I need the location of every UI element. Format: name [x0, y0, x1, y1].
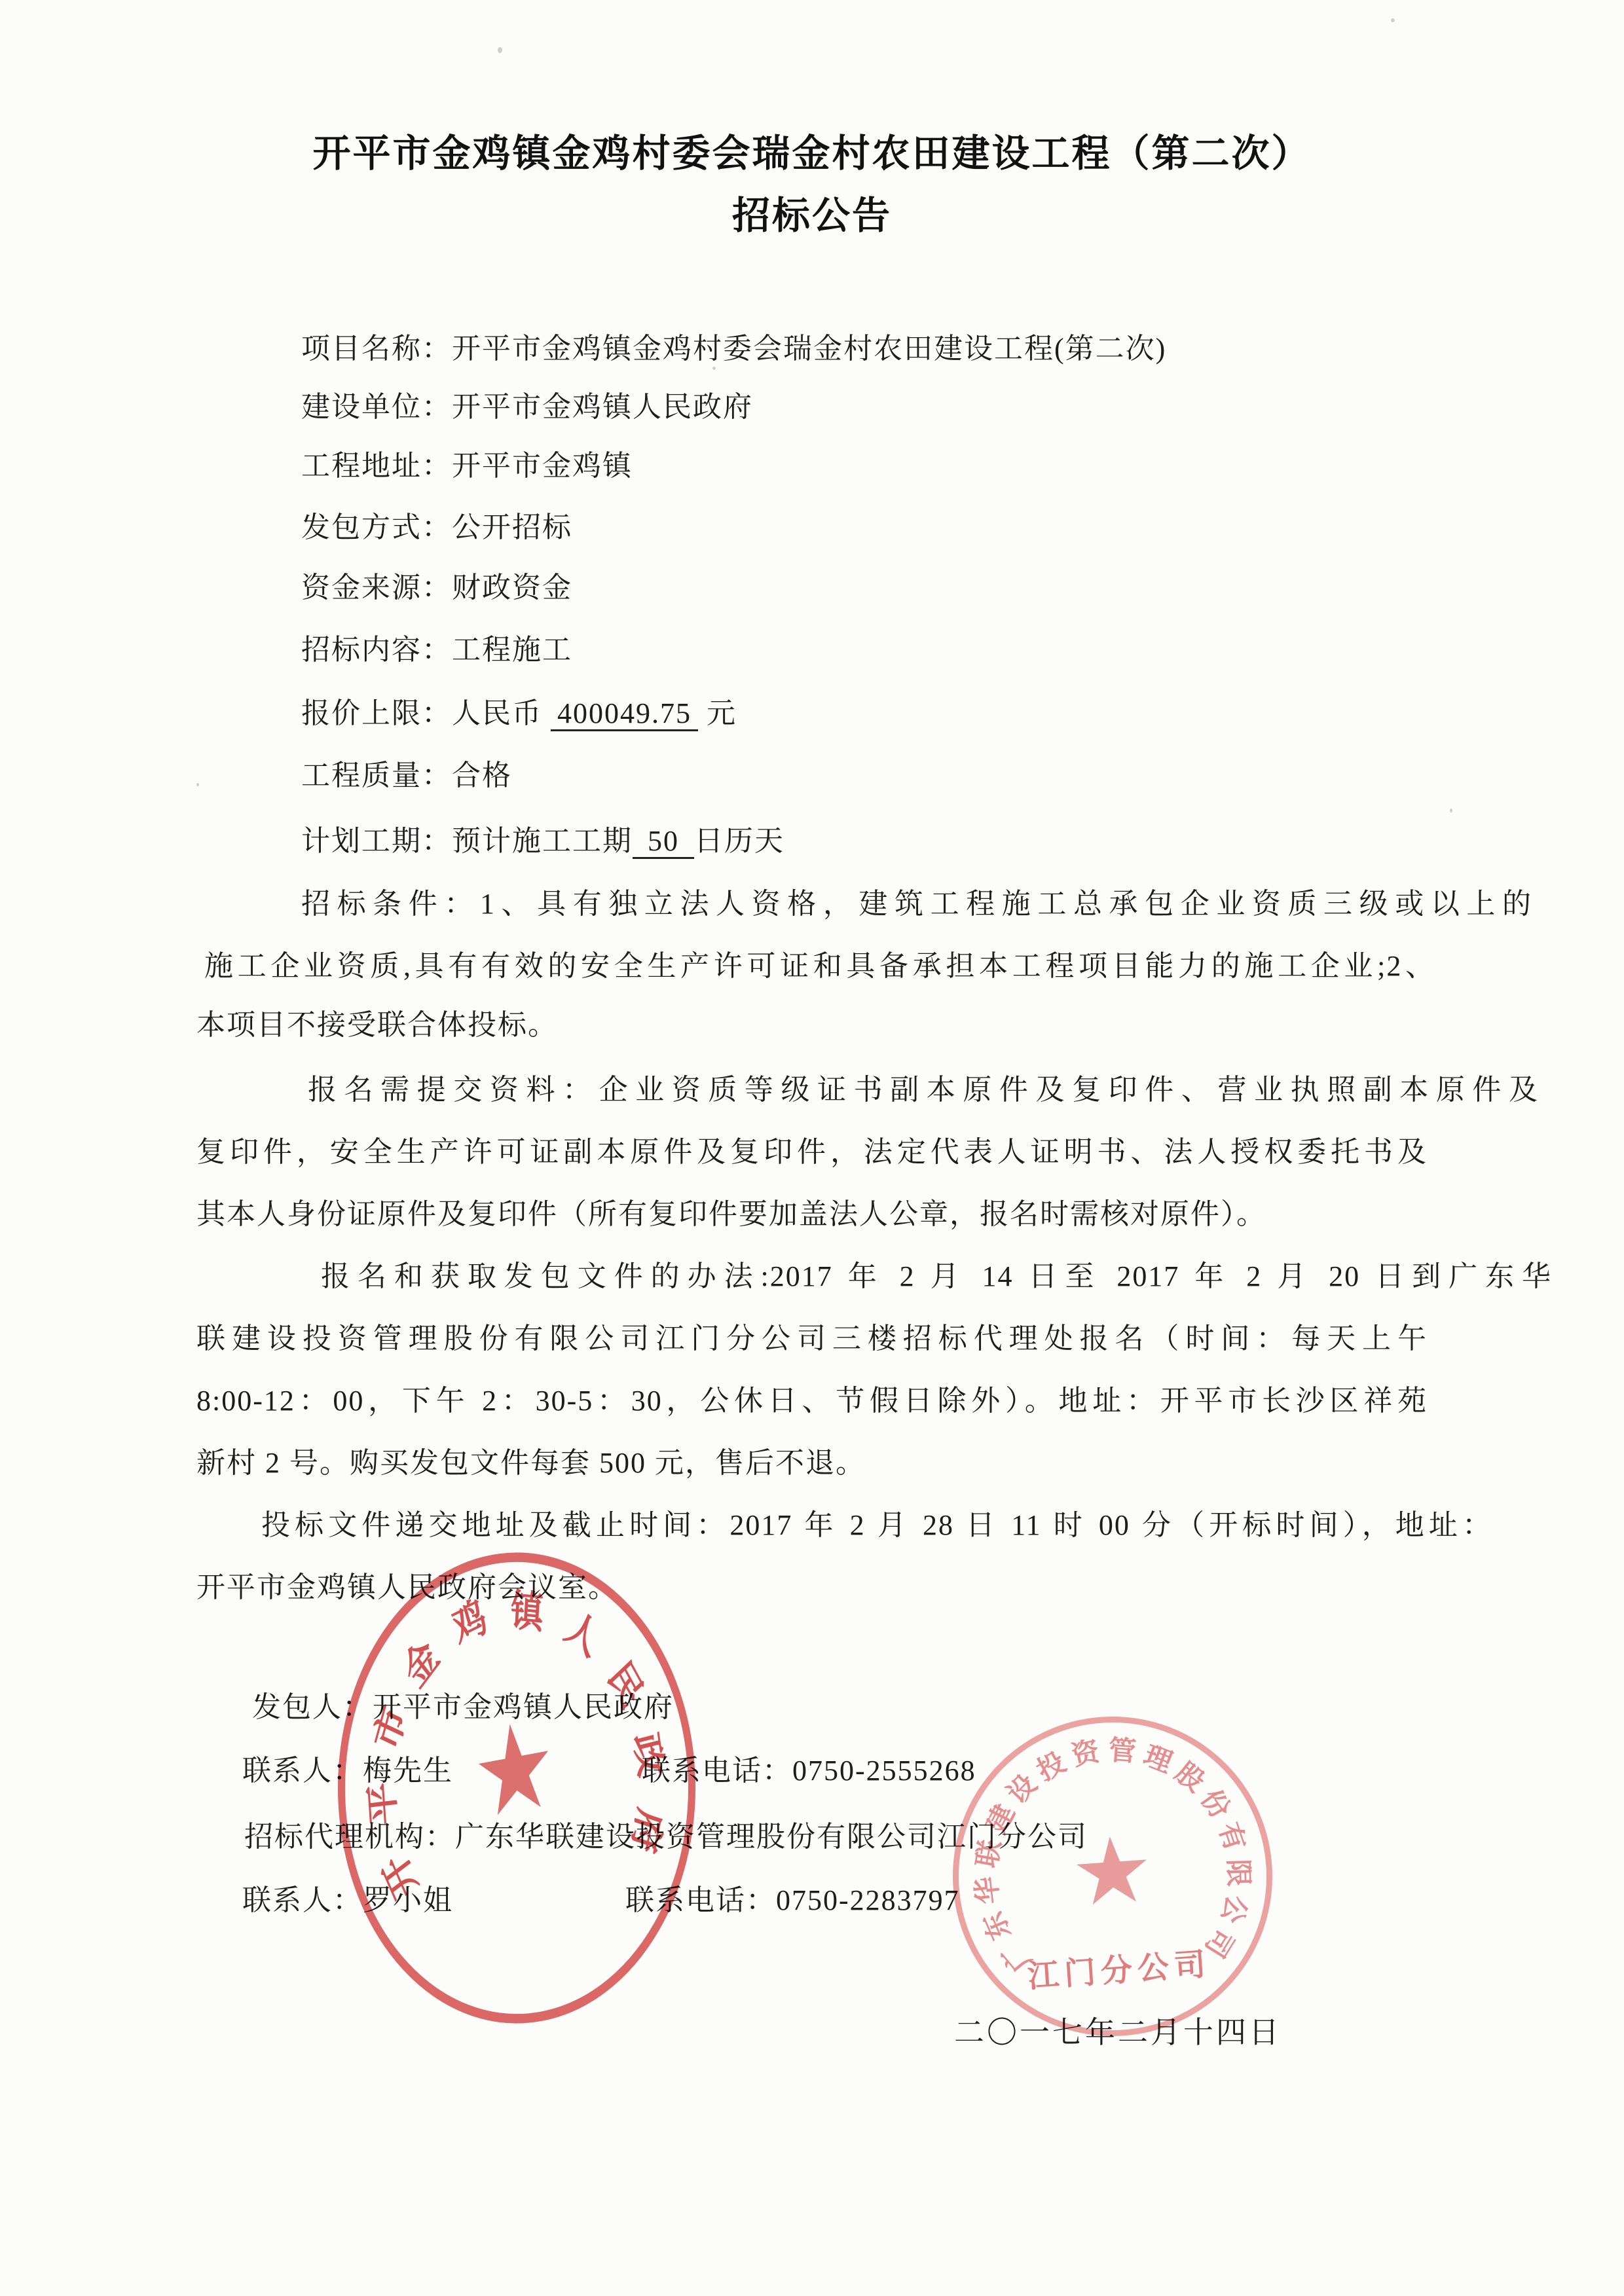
employer-label: 发包人： [252, 1691, 373, 1723]
contact-label: 联系人： [242, 1884, 363, 1916]
contact-line-2: 联系人：罗小姐联系电话：0750-2283797 [196, 1881, 1473, 1920]
field-line-project-address: 工程地址：开平市金鸡镇 [196, 446, 1532, 486]
stamp-ring-char: 司 [1195, 1919, 1244, 1967]
agency-line: 招标代理机构：广东华联建设投资管理股份有限公司江门分公司 [196, 1817, 1475, 1857]
field-line-construction-unit: 建设单位：开平市金鸡镇人民政府 [196, 388, 1532, 427]
paragraph-line: 投标文件递交地址及截止时间：2017 年 2 月 28 日 11 时 00 分（… [196, 1506, 1492, 1545]
field-line-planned-duration: 计划工期：预计施工工期 50 日历天 [196, 822, 1532, 861]
document-page: 开平市金鸡镇金鸡村委会瑞金村农田建设工程（第二次） 招标公告 项目名称：开平市金… [0, 0, 1624, 2296]
field-value: 工程施工 [452, 634, 572, 666]
field-value: 开平市金鸡镇人民政府 [452, 391, 753, 423]
field-label: 资金来源： [301, 572, 452, 604]
paragraph-line: 开平市金鸡镇人民政府会议室。 [196, 1568, 1428, 1607]
stamp-ring-char: 人 [559, 1602, 607, 1666]
field-value: 合格 [452, 759, 512, 792]
scan-speck [498, 47, 502, 53]
field-label: 工程质量： [301, 759, 452, 792]
stamp-inner-text: 江门分公司 [1026, 1939, 1212, 1996]
date-line: 二〇一七年二月十四日 [954, 2013, 1282, 2052]
field-line-project-quality: 工程质量：合格 [196, 756, 1532, 795]
stamp-ring-char: 广 [991, 1932, 1041, 1982]
field-label: 项目名称： [301, 333, 452, 365]
field-line-price-ceiling: 报价上限：人民币 400049.75 元 [196, 694, 1532, 733]
field-value: 财政资金 [452, 572, 572, 604]
field-value-prefix: 预计施工工期 [452, 825, 633, 857]
field-line-tender-content: 招标内容：工程施工 [196, 630, 1532, 670]
field-value: 开平市金鸡镇金鸡村委会瑞金村农田建设工程(第二次) [452, 333, 1166, 365]
phone-number: 0750-2555268 [792, 1755, 976, 1787]
underlined-amount: 400049.75 [551, 697, 698, 731]
field-label: 发包方式： [301, 511, 452, 543]
paragraph-line: 报名和获取发包文件的办法:2017 年 2 月 14 日至 2017 年 2 月… [196, 1257, 1552, 1296]
contact-label: 联系人： [242, 1755, 363, 1787]
paragraph-line: 新村 2 号。购买发包文件每套 500 元，售后不退。 [196, 1444, 1428, 1483]
paragraph-line: 施工企业资质,具有有效的安全生产许可证和具备承担本工程项目能力的施工企业;2、 [196, 947, 1435, 986]
field-label: 工程地址： [301, 450, 452, 482]
field-value-suffix: 元 [698, 697, 737, 729]
phone-label: 联系电话： [625, 1884, 776, 1916]
scan-speck [712, 367, 716, 370]
page-title-line2: 招标公告 [0, 193, 1624, 239]
agency-value: 广东华联建设投资管理股份有限公司江门分公司 [455, 1821, 1088, 1853]
phone-number: 0750-2283797 [776, 1884, 960, 1916]
phone-group: 联系电话：0750-2283797 [625, 1881, 960, 1920]
field-label: 建设单位： [301, 391, 452, 423]
paragraph-line: 8:00-12：00，下午 2：30-5：30，公休日、节假日除外）。地址：开平… [196, 1381, 1428, 1421]
phone-label: 联系电话： [642, 1755, 792, 1787]
phone-group: 联系电话：0750-2555268 [642, 1751, 976, 1791]
paragraph-line: 复印件，安全生产许可证副本原件及复印件，法定代表人证明书、法人授权委托书及 [196, 1133, 1428, 1172]
page-title-line1: 开平市金鸡镇金鸡村委会瑞金村农田建设工程（第二次） [0, 131, 1624, 177]
field-value: 开平市金鸡镇 [452, 450, 633, 482]
contact-name: 罗小姐 [363, 1884, 453, 1916]
employer-line: 发包人：开平市金鸡镇人民政府 [196, 1688, 1483, 1727]
field-line-project-name: 项目名称：开平市金鸡镇金鸡村委会瑞金村农田建设工程(第二次) [196, 329, 1532, 369]
paragraph-line: 报名需提交资料：企业资质等级证书副本原件及复印件、营业执照副本原件及 [196, 1070, 1539, 1110]
field-value: 公开招标 [452, 511, 572, 543]
paragraph-line: 其本人身份证原件及复印件（所有复印件要加盖法人公章，报名时需核对原件）。 [196, 1195, 1428, 1234]
field-label: 招标内容： [301, 634, 452, 666]
field-value-suffix: 日历天 [694, 825, 784, 857]
paragraph-line: 招标条件：1、具有独立法人资格，建筑工程施工总承包企业资质三级或以上的 [196, 884, 1532, 924]
field-line-fund-source: 资金来源：财政资金 [196, 568, 1532, 608]
employer-value: 开平市金鸡镇人民政府 [373, 1691, 674, 1723]
field-value-prefix: 人民币 [452, 697, 551, 729]
stamp-ring-char: 金 [396, 1631, 446, 1697]
field-label: 报价上限： [301, 697, 452, 729]
field-label: 计划工期： [301, 825, 452, 857]
paragraph-line: 本项目不接受联合体投标。 [196, 1006, 1428, 1045]
paragraph-line: 联建设投资管理股份有限公司江门分公司三楼招标代理处报名（时间：每天上午 [196, 1319, 1428, 1358]
scan-speck [1391, 18, 1395, 22]
scan-speck [1450, 809, 1452, 812]
contact-name: 梅先生 [363, 1755, 453, 1787]
scan-speck [196, 783, 199, 786]
field-line-contract-method: 发包方式：公开招标 [196, 508, 1532, 547]
underlined-duration: 50 [633, 825, 694, 859]
contact-line-1: 联系人：梅先生联系电话：0750-2555268 [196, 1751, 1473, 1791]
agency-label: 招标代理机构： [244, 1821, 455, 1853]
